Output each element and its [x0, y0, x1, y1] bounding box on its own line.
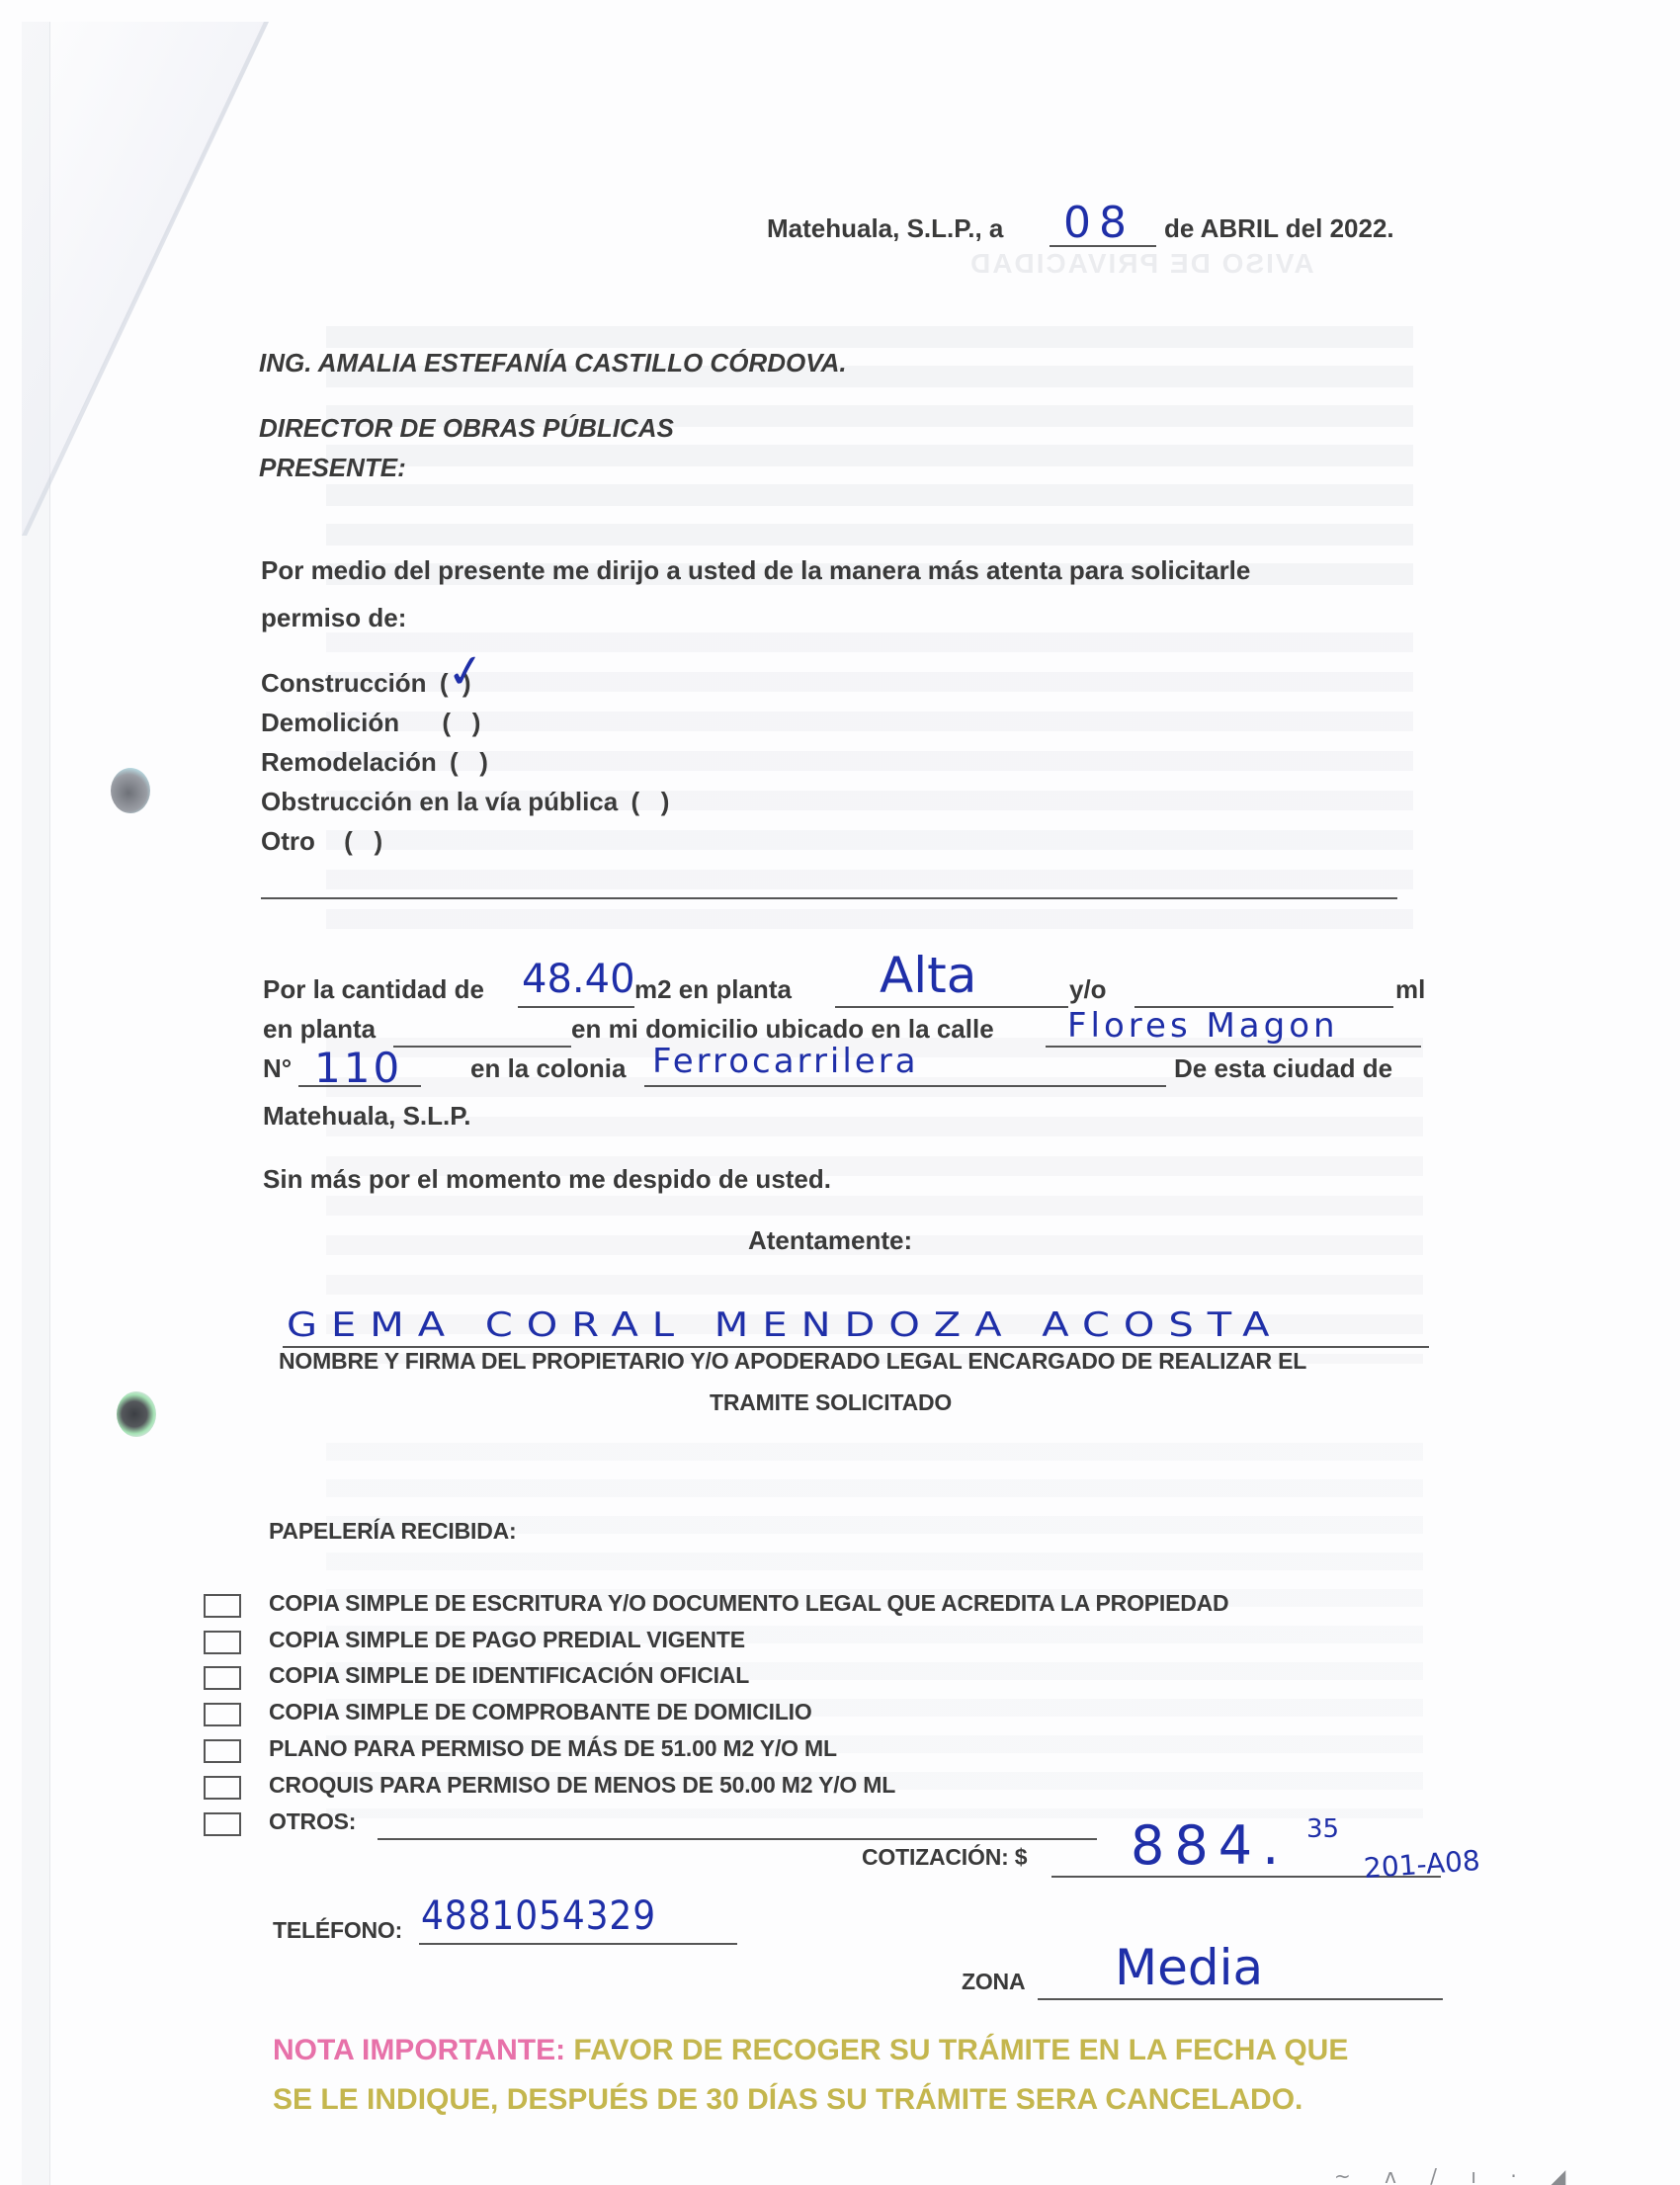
domicilio-label: en mi domicilio ubicado en la calle — [571, 1014, 994, 1045]
numero-label: N° — [263, 1053, 292, 1084]
telefono-underline — [419, 1943, 737, 1945]
permit-option-demolicion[interactable]: Demolición ( ) — [261, 708, 480, 738]
permit-option-remodelacion[interactable]: Remodelación ( ) — [261, 747, 488, 778]
nota-text-1: FAVOR DE RECOGER SU TRÁMITE EN LA FECHA … — [573, 2034, 1348, 2066]
nota-text-2: SE LE INDIQUE, DESPUÉS DE 30 DÍAS SU TRÁ… — [273, 2083, 1302, 2117]
papeleria-item-label: COPIA SIMPLE DE ESCRITURA Y/O DOCUMENTO … — [269, 1590, 1228, 1617]
permit-option-paren: ( ) — [442, 708, 480, 737]
intro-line-2: permiso de: — [261, 603, 406, 633]
en-planta-label: en planta — [263, 1014, 376, 1045]
recipient-name: ING. AMALIA ESTEFANÍA CASTILLO CÓRDOVA. — [259, 348, 847, 378]
otros-underline[interactable] — [378, 1838, 1097, 1840]
ciudad-value: Matehuala, S.L.P. — [263, 1101, 470, 1132]
section-divider — [261, 897, 1397, 899]
papeleria-title: PAPELERÍA RECIBIDA: — [269, 1518, 517, 1545]
intro-line-1: Por medio del presente me dirijo a usted… — [261, 555, 1250, 586]
signature-caption-line-2: TRAMITE SOLICITADO — [710, 1389, 952, 1416]
papeleria-checkbox[interactable] — [204, 1666, 241, 1690]
telefono-field[interactable]: 4881054329 — [421, 1893, 656, 1939]
scanned-document-page: AVISO DE PRIVACIDAD Matehuala, S.L.P., a… — [0, 0, 1680, 2185]
papeleria-checkbox[interactable] — [204, 1739, 241, 1763]
permit-option-paren: ( ) — [630, 787, 669, 816]
permit-option-otro[interactable]: Otro ( ) — [261, 826, 382, 857]
zona-label: ZONA — [962, 1969, 1025, 1995]
date-suffix: de ABRIL del 2022. — [1164, 213, 1394, 244]
permit-option-obstruccion[interactable]: Obstrucción en la vía pública ( ) — [261, 787, 669, 817]
telefono-label: TELÉFONO: — [273, 1917, 402, 1944]
papeleria-checkbox[interactable] — [204, 1631, 241, 1654]
cotizacion-amount-field[interactable]: 884. — [1131, 1814, 1289, 1877]
colonia-field[interactable]: Ferrocarrilera — [652, 1042, 919, 1081]
planta-underline — [835, 1006, 1068, 1008]
recipient-presente: PRESENTE: — [259, 453, 406, 483]
permit-option-label: Remodelación — [261, 747, 437, 777]
permit-option-paren: ( ) — [450, 747, 488, 777]
papeleria-checkbox[interactable] — [204, 1812, 241, 1836]
permit-option-paren: ( ) — [344, 826, 382, 856]
bleed-through-text — [326, 632, 1413, 929]
papeleria-item-label: CROQUIS PARA PERMISO DE MENOS DE 50.00 M… — [269, 1772, 895, 1799]
atentamente-label: Atentamente: — [748, 1225, 912, 1256]
permit-option-label: Obstrucción en la vía pública — [261, 787, 618, 816]
ciudad-label: De esta ciudad de — [1174, 1053, 1392, 1084]
calle-underline — [1046, 1046, 1421, 1048]
yo-label: y/o — [1069, 974, 1107, 1005]
papeleria-item-label: PLANO PARA PERMISO DE MÁS DE 51.00 M2 Y/… — [269, 1735, 837, 1762]
cantidad-label: Por la cantidad de — [263, 974, 484, 1005]
hole-punch-top — [111, 768, 150, 813]
farewell-text: Sin más por el momento me despido de ust… — [263, 1164, 831, 1195]
colonia-label: en la colonia — [470, 1053, 627, 1084]
papeleria-item-label: COPIA SIMPLE DE PAGO PREDIAL VIGENTE — [269, 1627, 745, 1653]
ml-label: ml — [1395, 974, 1425, 1005]
papeleria-item-label: COPIA SIMPLE DE COMPROBANTE DE DOMICILIO — [269, 1699, 812, 1725]
nota-line-1: NOTA IMPORTANTE: FAVOR DE RECOGER SU TRÁ… — [273, 2034, 1348, 2067]
papeleria-checkbox[interactable] — [204, 1703, 241, 1726]
bleed-through-text: AVISO DE PRIVACIDAD — [968, 247, 1314, 281]
cotizacion-cents: 35 — [1306, 1814, 1339, 1844]
papeleria-checkbox[interactable] — [204, 1594, 241, 1618]
day-handwritten-field[interactable]: 08 — [1063, 198, 1134, 248]
papeleria-item-label: COPIA SIMPLE DE IDENTIFICACIÓN OFICIAL — [269, 1662, 749, 1689]
cantidad-underline — [518, 1006, 634, 1008]
permit-option-label: Otro — [261, 826, 315, 856]
en-planta-underline[interactable] — [393, 1046, 571, 1048]
zona-field[interactable]: Media — [1115, 1939, 1263, 1996]
permit-option-label: Construcción — [261, 668, 427, 698]
permit-option-label: Demolición — [261, 708, 399, 737]
date-prefix: Matehuala, S.L.P., a — [767, 213, 1003, 244]
hole-punch-bottom — [117, 1391, 156, 1437]
numero-field[interactable]: 110 — [314, 1044, 402, 1092]
m2-label: m2 en planta — [634, 974, 792, 1005]
nota-label: NOTA IMPORTANTE: — [273, 2034, 565, 2066]
colonia-underline — [644, 1085, 1166, 1087]
bottom-edge-marks: ~ ᴧ / ı · ◢ — [1334, 2164, 1579, 2185]
papeleria-item-label: OTROS: — [269, 1808, 356, 1835]
signature-caption-line-1: NOMBRE Y FIRMA DEL PROPIETARIO Y/O APODE… — [279, 1348, 1306, 1375]
zona-underline — [1038, 1998, 1443, 2000]
recipient-title: DIRECTOR DE OBRAS PÚBLICAS — [259, 413, 674, 444]
cotizacion-label: COTIZACIÓN: $ — [862, 1844, 1027, 1871]
planta-field[interactable]: Alta — [880, 947, 976, 1004]
signature-field[interactable]: GEMA CORAL MENDOZA ACOSTA — [287, 1305, 1283, 1344]
permit-option-construccion[interactable]: Construcción ( ) — [261, 668, 471, 699]
calle-field[interactable]: Flores Magon — [1067, 1006, 1339, 1046]
cantidad-field[interactable]: 48.40 — [522, 957, 635, 1002]
papeleria-checkbox[interactable] — [204, 1776, 241, 1800]
cotizacion-decimal-point: . — [1262, 1814, 1289, 1877]
cantidad-value: 48.40 — [522, 957, 635, 1002]
permit-checkmark: ✓ — [443, 642, 488, 701]
cotizacion-amount: 884 — [1131, 1814, 1262, 1877]
cotizacion-note: 201-A08 — [1363, 1844, 1481, 1885]
